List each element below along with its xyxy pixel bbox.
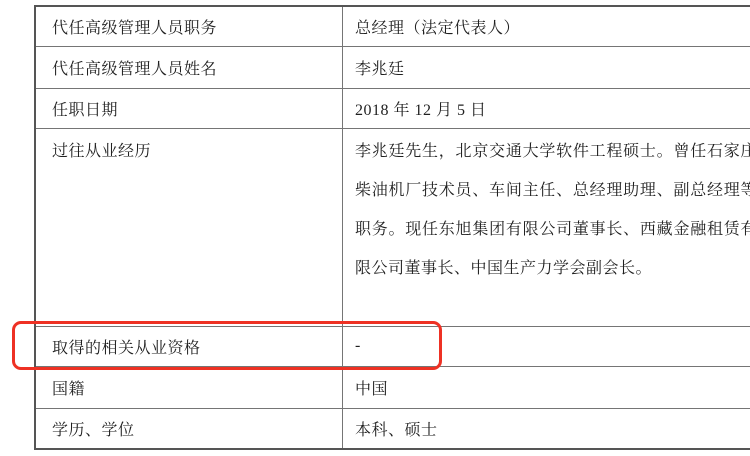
row-value: -	[343, 326, 750, 366]
row-label: 代任高级管理人员职务	[35, 6, 343, 46]
row-value: 本科、硕士	[343, 408, 750, 449]
table-row-qualification: 取得的相关从业资格 -	[35, 326, 750, 366]
table-row-name: 代任高级管理人员姓名 李兆廷	[35, 46, 750, 88]
table-row-education: 学历、学位 本科、硕士	[35, 408, 750, 449]
row-value: 总经理（法定代表人）	[343, 6, 750, 46]
table-row-position: 代任高级管理人员职务 总经理（法定代表人）	[35, 6, 750, 46]
row-value: 中国	[343, 366, 750, 408]
table-row-history: 过往从业经历 李兆廷先生，北京交通大学软件工程硕士。曾任石家庄柴油机厂技术员、车…	[35, 128, 750, 326]
row-label: 国籍	[35, 366, 343, 408]
row-value: 2018 年 12 月 5 日	[343, 88, 750, 128]
row-value: 李兆廷	[343, 46, 750, 88]
row-label: 代任高级管理人员姓名	[35, 46, 343, 88]
row-label: 过往从业经历	[35, 128, 343, 326]
info-table: 代任高级管理人员职务 总经理（法定代表人） 代任高级管理人员姓名 李兆廷 任职日…	[34, 5, 750, 450]
table-row-date: 任职日期 2018 年 12 月 5 日	[35, 88, 750, 128]
row-label: 任职日期	[35, 88, 343, 128]
row-label: 取得的相关从业资格	[35, 326, 343, 366]
table-row-nationality: 国籍 中国	[35, 366, 750, 408]
row-value: 李兆廷先生，北京交通大学软件工程硕士。曾任石家庄柴油机厂技术员、车间主任、总经理…	[343, 128, 750, 326]
row-label: 学历、学位	[35, 408, 343, 449]
